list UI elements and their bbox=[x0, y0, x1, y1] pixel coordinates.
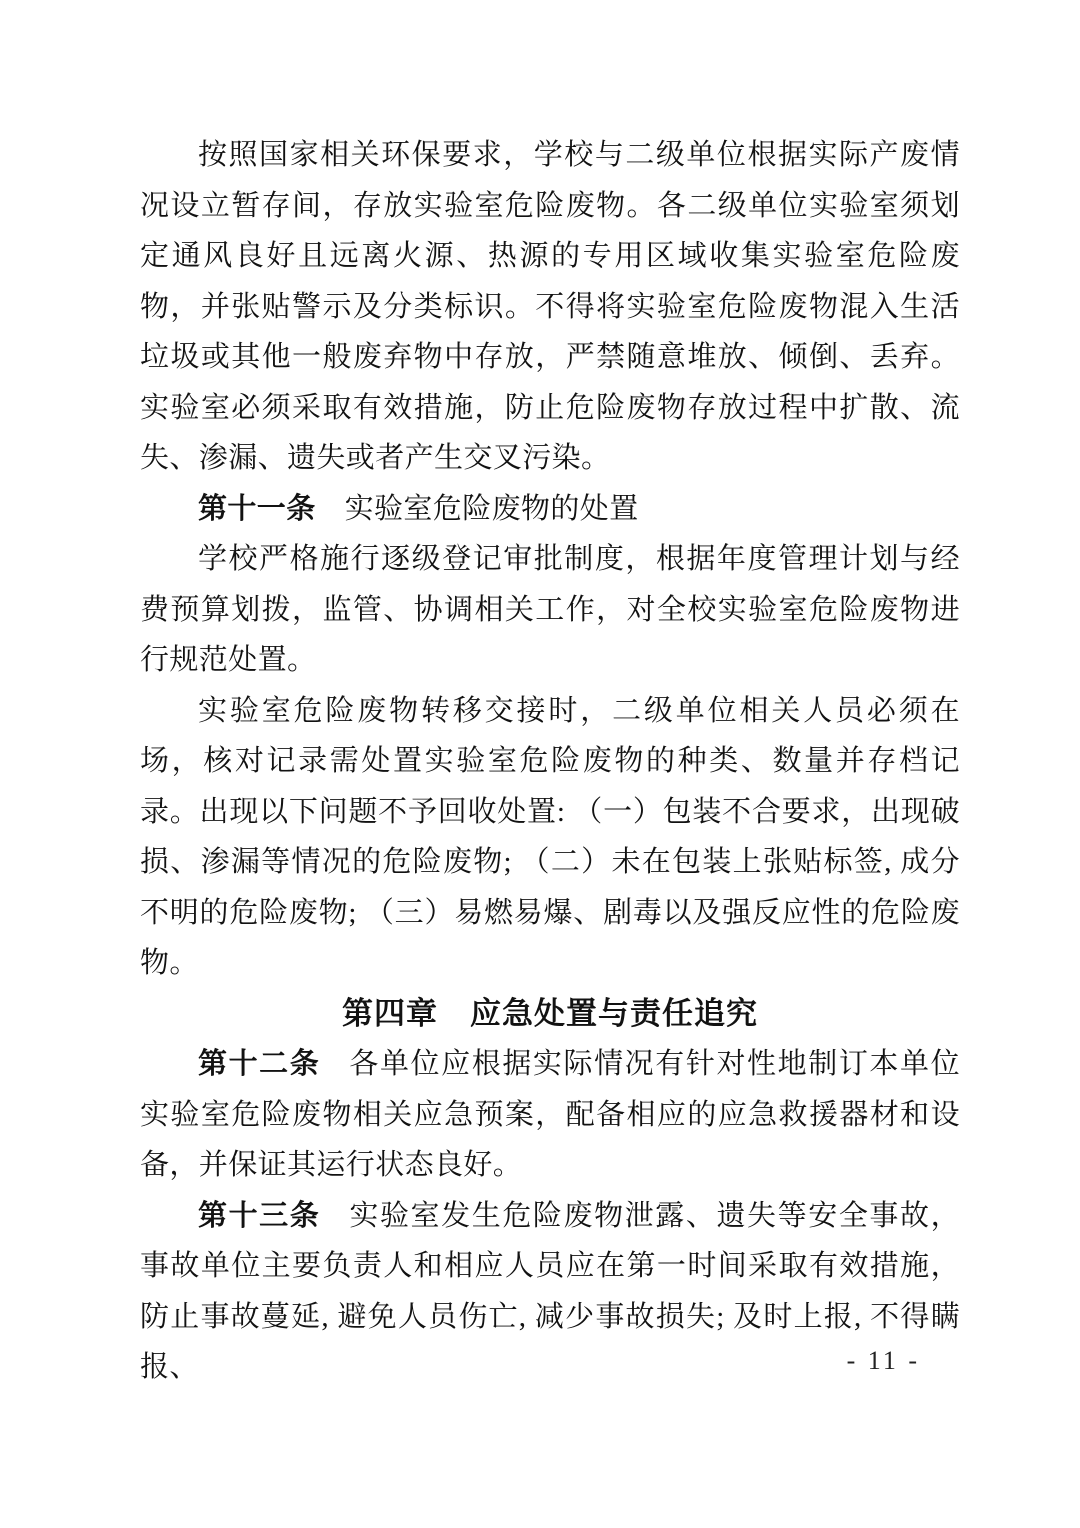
article-13-paragraph: 第十三条实验室发生危险废物泄露、遗失等安全事故，事故单位主要负责人和相应人员应在… bbox=[140, 1191, 960, 1393]
document-body: 按照国家相关环保要求，学校与二级单位根据实际产废情况设立暂存间，存放实验室危险废… bbox=[140, 130, 960, 1393]
paragraph-transfer-handover: 实验室危险废物转移交接时，二级单位相关人员必须在场，核对记录需处置实验室危险废物… bbox=[140, 686, 960, 989]
article-13-number: 第十三条 bbox=[198, 1200, 320, 1232]
page-number: - 11 - bbox=[847, 1346, 920, 1376]
article-12-paragraph: 第十二条各单位应根据实际情况有针对性地制订本单位实验室危险废物相关应急预案，配备… bbox=[140, 1039, 960, 1191]
paragraph-storage-requirements: 按照国家相关环保要求，学校与二级单位根据实际产废情况设立暂存间，存放实验室危险废… bbox=[140, 130, 960, 484]
paragraph-disposal-approval: 学校严格施行逐级登记审批制度，根据年度管理计划与经费预算划拨，监管、协调相关工作… bbox=[140, 534, 960, 686]
article-11-heading: 第十一条实验室危险废物的处置 bbox=[140, 484, 960, 535]
article-12-number: 第十二条 bbox=[198, 1048, 320, 1080]
article-11-number: 第十一条 bbox=[198, 493, 316, 525]
article-11-title: 实验室危险废物的处置 bbox=[345, 493, 639, 525]
chapter-4-heading: 第四章 应急处置与责任追究 bbox=[140, 989, 960, 1040]
document-page: { "page": { "background_color": "#ffffff… bbox=[0, 0, 1080, 1528]
